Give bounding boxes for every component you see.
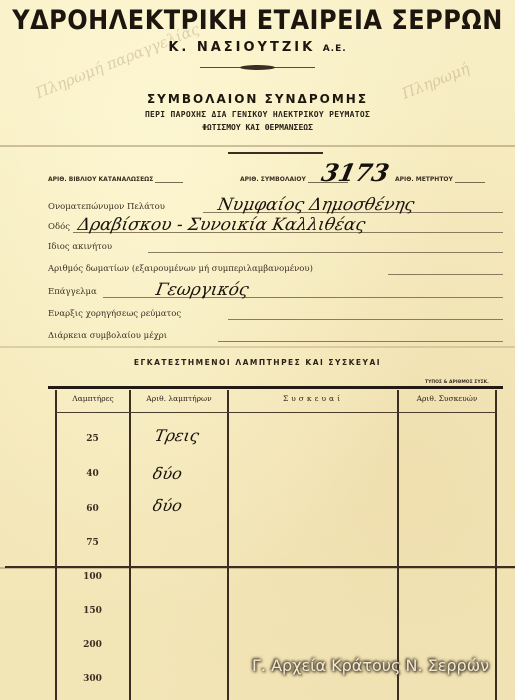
field-customer-name: Ονοματεπώνυμον Πελάτου Νυμφαίος Δημοσθέν… <box>48 195 503 215</box>
field-property-owner: Ιδιος ακινήτου <box>48 235 503 255</box>
lamp-watt-300: 300 <box>55 674 130 684</box>
column-header-appliances: Συσκευαί <box>229 394 397 408</box>
field-value-handwritten: Νυμφαίος Δημοσθένης <box>216 195 416 215</box>
contract-number-label: ΑΡΙΘ. ΣΥΜΒΟΛΑΙΟΥ <box>240 176 306 183</box>
field-supply-start: Εναρξις χορηγήσεως ρεύματος <box>48 302 503 322</box>
field-label: Οδός <box>48 222 70 232</box>
fold-line <box>0 145 515 147</box>
lamp-count-handwritten: Τρεις <box>153 426 200 445</box>
archive-watermark: Γ. Αρχεία Κράτους Ν. Σερρών <box>252 656 489 675</box>
field-line <box>148 252 503 253</box>
field-rooms: Αριθμός δωματίων (εξαιρουμένων μή συμπερ… <box>48 257 503 277</box>
fold-line <box>0 346 515 348</box>
fold-crease <box>5 566 515 568</box>
company-owner-name: Κ. ΝΑΣΙΟΥΤΖΙΚ <box>168 40 315 55</box>
column-divider <box>227 390 229 700</box>
meter-number-label: ΑΡΙΘ. ΜΕΤΡΗΤΟΥ <box>395 176 453 183</box>
field-label: Ιδιος ακινήτου <box>48 242 112 252</box>
table-top-rule <box>48 386 503 389</box>
field-label: Ονοματεπώνυμον Πελάτου <box>48 202 165 212</box>
consumption-book-number-field: ΑΡΙΘ. ΒΙΒΛΙΟΥ ΚΑΤΑΝΑΛΩΣΕΩΣ <box>48 176 183 183</box>
lamp-watt-40: 40 <box>55 469 130 479</box>
form-subtitle: ΠΕΡΙ ΠΑΡΟΧΗΣ ΔΙΑ ΓΕΝΙΚΟΥ ΗΛΕΚΤΡΙΚΟΥ ΡΕΥΜ… <box>0 110 515 119</box>
column-header-lamp-count: Αριθ. λαμπτήρων <box>131 394 227 408</box>
field-profession: Επάγγελμα Γεωργικός <box>48 280 503 300</box>
field-label: Εναρξις χορηγήσεως ρεύματος <box>48 309 181 319</box>
ornament-flourish <box>240 65 275 70</box>
header-rule <box>228 152 323 154</box>
lamp-watt-150: 150 <box>55 606 130 616</box>
field-street: Οδός Δραβίσκου - Συνοικία Καλλιθέας <box>48 215 503 235</box>
lamp-count-handwritten: δύο <box>151 464 183 483</box>
lamp-watt-25: 25 <box>55 434 130 444</box>
lamp-watt-100: 100 <box>55 572 130 582</box>
lamp-watt-200: 200 <box>55 640 130 650</box>
table-border <box>495 390 497 700</box>
field-line <box>388 274 503 275</box>
column-header-lamps: Λαμπτήρες <box>57 394 129 408</box>
field-label: Επάγγελμα <box>48 287 97 297</box>
form-subtitle-2: ΦΩΤΙΣΜΟΥ ΚΑΙ ΘΕΡΜΑΝΣΕΩΣ <box>0 123 515 132</box>
contract-number-handwritten: 3173 <box>319 158 392 187</box>
lamp-watt-75: 75 <box>55 538 130 548</box>
equipment-section-title: ΕΓΚΑΤΕΣΤΗΜΕΝΟΙ ΛΑΜΠΤΗΡΕΣ ΚΑΙ ΣΥΣΚΕΥΑΙ <box>0 358 515 367</box>
field-label: Αριθμός δωματίων (εξαιρουμένων μή συμπερ… <box>48 264 313 274</box>
field-value-handwritten: Δραβίσκου - Συνοικία Καλλιθέας <box>76 215 367 235</box>
field-line <box>218 341 503 342</box>
lamp-count-handwritten: δύο <box>151 496 183 515</box>
company-suffix: Α.Ε. <box>323 44 347 54</box>
field-line <box>228 319 503 320</box>
consumption-book-number-value <box>155 182 183 183</box>
header-rule <box>55 412 497 413</box>
meter-number-field: ΑΡΙΘ. ΜΕΤΡΗΤΟΥ <box>395 176 485 183</box>
equipment-note: ΤΥΠΟΣ & ΑΡΙΘΜΟΣ ΣΥΣΚ. <box>425 380 489 385</box>
equipment-table: Λαμπτήρες Αριθ. λαμπτήρων Συσκευαί Αριθ.… <box>55 390 497 700</box>
field-contract-duration: Διάρκεια συμβολαίου μέχρι <box>48 324 503 344</box>
form-title: ΣΥΜΒΟΛΑΙΟΝ ΣΥΝΔΡΟΜΗΣ <box>0 92 515 106</box>
column-header-appliance-count: Αριθ. Συσκευών <box>399 394 495 408</box>
ornament-divider <box>200 65 315 71</box>
field-value-handwritten: Γεωργικός <box>154 280 250 300</box>
field-label: Διάρκεια συμβολαίου μέχρι <box>48 331 167 341</box>
meter-number-value <box>455 182 485 183</box>
lamp-watt-60: 60 <box>55 504 130 514</box>
column-divider <box>397 390 399 700</box>
consumption-book-number-label: ΑΡΙΘ. ΒΙΒΛΙΟΥ ΚΑΤΑΝΑΛΩΣΕΩΣ <box>48 176 153 183</box>
company-owner: Κ. ΝΑΣΙΟΥΤΖΙΚ Α.Ε. <box>0 40 515 55</box>
company-title: ΥΔΡΟΗΛΕΚΤΡΙΚΗ ΕΤΑΙΡΕΙΑ ΣΕΡΡΩΝ <box>0 5 515 36</box>
numbers-row: ΑΡΙΘ. ΒΙΒΛΙΟΥ ΚΑΤΑΝΑΛΩΣΕΩΣ ΑΡΙΘ. ΣΥΜΒΟΛΑ… <box>0 170 515 190</box>
